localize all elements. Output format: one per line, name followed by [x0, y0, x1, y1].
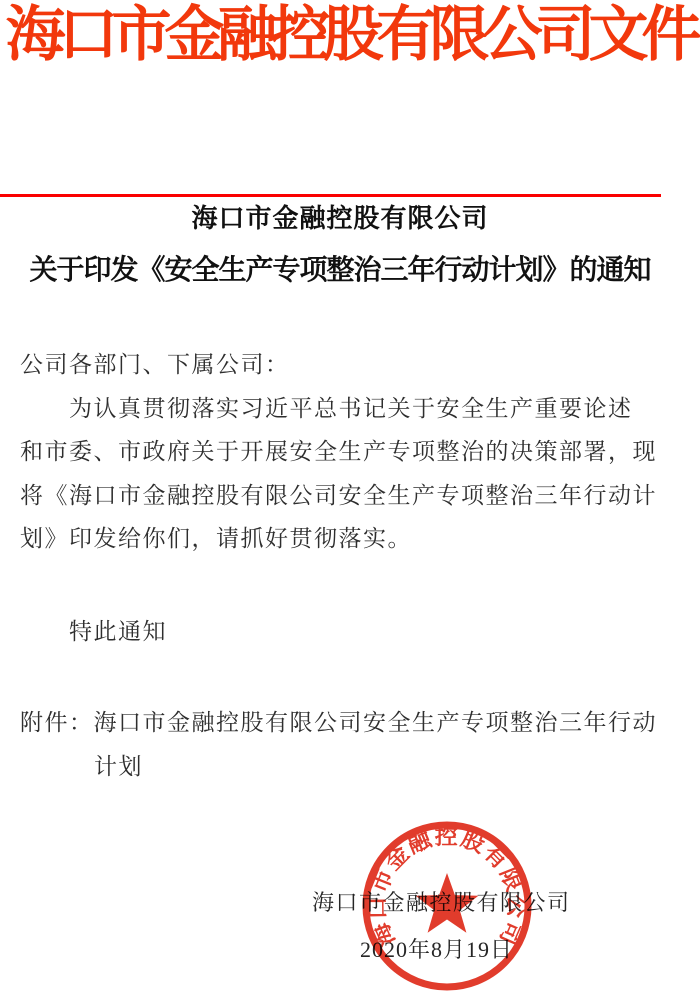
- paragraph-line: 和市委、市政府关于开展安全生产专项整治的决策部署，现: [20, 430, 668, 474]
- document-title-subject: 关于印发《安全生产专项整治三年行动计划》的通知: [20, 251, 660, 289]
- paragraph-line: 将《海口市金融控股有限公司安全生产专项整治三年行动计: [20, 474, 668, 518]
- attachment-line-continuation: 计划: [20, 745, 668, 789]
- document-body: 公司各部门、下属公司： 为认真贯彻落实习近平总书记关于安全生产重要论述 和市委、…: [20, 343, 668, 561]
- paragraph-line: 划》印发给你们，请抓好贯彻落实。: [20, 517, 668, 561]
- notice-statement: 特此通知: [20, 610, 668, 654]
- attachment-note: 附件：海口市金融控股有限公司安全生产专项整治三年行动 计划: [20, 701, 668, 788]
- company-seal: 海口市金融控股有限公司: [359, 818, 535, 994]
- salutation: 公司各部门、下属公司：: [20, 343, 668, 387]
- red-separator-rule: [0, 194, 661, 197]
- star-icon: [416, 873, 479, 933]
- official-document-page: 海口市金融控股有限公司文件 海口市金融控股有限公司 关于印发《安全生产专项整治三…: [0, 0, 700, 994]
- paragraph-line: 为认真贯彻落实习近平总书记关于安全生产重要论述: [20, 387, 668, 431]
- attachment-line: 附件：海口市金融控股有限公司安全生产专项整治三年行动: [20, 701, 668, 745]
- red-header-banner: 海口市金融控股有限公司文件: [0, 1, 700, 69]
- document-title-company: 海口市金融控股有限公司: [20, 200, 660, 236]
